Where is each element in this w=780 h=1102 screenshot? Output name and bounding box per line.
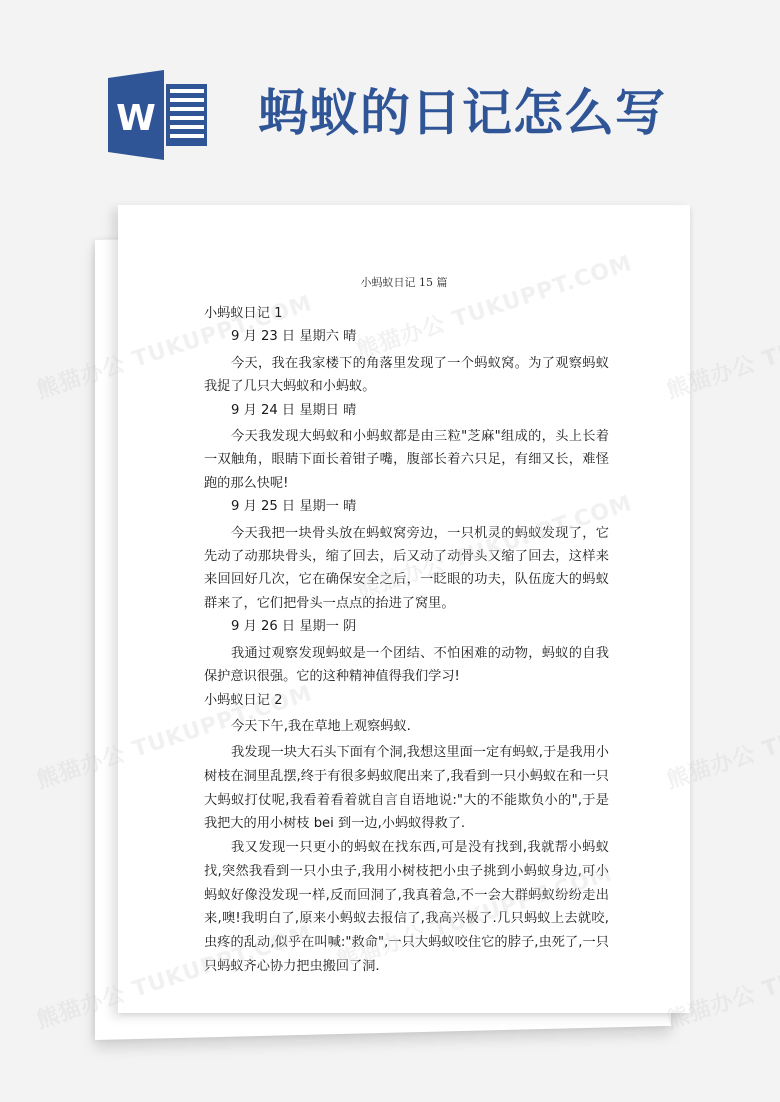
section-heading: 小蚂蚁日记 1 (204, 302, 609, 325)
diary-date: 9 月 23 日 星期六 晴 (204, 325, 609, 348)
diary-paragraph: 今天我把一块骨头放在蚂蚁窝旁边，一只机灵的蚂蚁发现了，它先动了动那块骨头，缩了回… (204, 522, 609, 616)
word-document-icon: W (108, 68, 208, 162)
header: W 蚂蚁的日记怎么写 (0, 0, 780, 200)
document-title: 小蚂蚁日记 15 篇 (118, 274, 690, 290)
diary-paragraph: 今天我发现大蚂蚁和小蚂蚁都是由三粒"芝麻"组成的，头上长着一双触角，眼睛下面长着… (204, 425, 609, 495)
diary-paragraph: 今天，我在我家楼下的角落里发现了一个蚂蚁窝。为了观察蚂蚁我捉了几只大蚂蚁和小蚂蚁… (204, 352, 609, 399)
page-title: 蚂蚁的日记怎么写 (258, 80, 666, 146)
diary-date: 9 月 26 日 星期一 阴 (204, 615, 609, 638)
diary-date: 9 月 25 日 星期一 晴 (204, 495, 609, 518)
diary-paragraph: 我又发现一只更小的蚂蚁在找东西,可是没有找到,我就帮小蚂蚁找,突然我看到一只小虫… (204, 836, 609, 978)
diary-date: 9 月 24 日 星期日 晴 (204, 399, 609, 422)
diary-paragraph: 我发现一块大石头下面有个洞,我想这里面一定有蚂蚁,于是我用小树枝在洞里乱摆,终于… (204, 741, 609, 836)
section-heading: 小蚂蚁日记 2 (204, 689, 609, 712)
document-body: 小蚂蚁日记 1 9 月 23 日 星期六 晴 今天，我在我家楼下的角落里发现了一… (204, 302, 609, 978)
document-page: 小蚂蚁日记 15 篇 小蚂蚁日记 1 9 月 23 日 星期六 晴 今天，我在我… (118, 205, 690, 1013)
diary-paragraph: 我通过观察发现蚂蚁是一个团结、不怕困难的动物，蚂蚁的自我保护意识很强。它的这种精… (204, 642, 609, 689)
diary-paragraph: 今天下午,我在草地上观察蚂蚁. (204, 715, 609, 738)
svg-text:W: W (116, 98, 156, 139)
